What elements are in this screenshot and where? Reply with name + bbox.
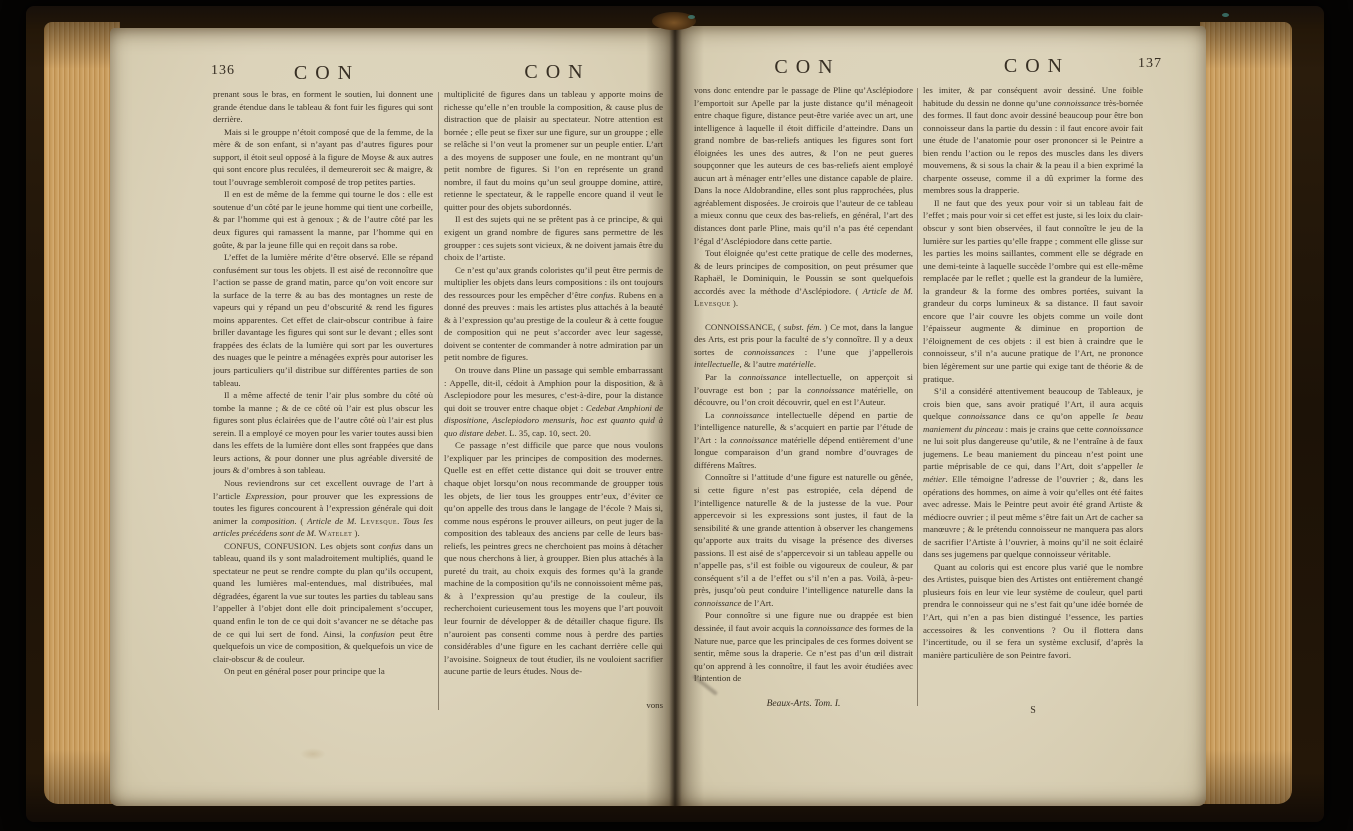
headband-speck — [1222, 13, 1229, 17]
column-rule — [438, 92, 439, 710]
paragraph: S’il a considéré attentivement beaucoup … — [923, 385, 1143, 561]
running-head: CON — [694, 56, 913, 79]
paragraph: Il est des sujets qui ne se prêtent pas … — [444, 213, 663, 263]
page-edges-left — [44, 22, 120, 804]
paragraph: Tout éloignée qu’est cette pratique de c… — [694, 247, 913, 310]
paragraph: Connoître si l’attitude d’une figure est… — [694, 471, 913, 609]
paragraph: Nous reviendrons sur cet excellent ouvra… — [213, 477, 433, 540]
volume-footer: Beaux-Arts. Tom. I. — [694, 699, 913, 709]
paragraph: Quant au coloris qui est encore plus var… — [923, 561, 1143, 661]
text-column-4: les imiter, & par conséquent avoir dessi… — [923, 84, 1143, 713]
paragraph: Par la connoissance intellectuelle, on a… — [694, 371, 913, 409]
text-column-3: vons donc entendre par le passage de Pli… — [694, 84, 913, 713]
paragraph: CONNOISSANCE, ( subst. fém. ) Ce mot, da… — [694, 321, 913, 371]
column-rule — [917, 88, 918, 706]
paragraph: Mais si le grouppe n’étoit composé que d… — [213, 126, 433, 189]
running-head: CON — [213, 62, 433, 85]
paragraph: Il a même affecté de tenir l’air plus so… — [213, 389, 433, 477]
paragraph: les imiter, & par conséquent avoir dessi… — [923, 84, 1143, 197]
paragraph: Ce n’est qu’aux grands coloristes qu’il … — [444, 264, 663, 364]
catchword: vons — [444, 700, 663, 710]
paragraph: Ce passage n’est difficile que parce que… — [444, 439, 663, 677]
paragraph: prenant sous le bras, en forment le sout… — [213, 88, 433, 126]
page-number-137: 137 — [1118, 56, 1162, 72]
running-head: CON — [444, 61, 663, 84]
running-head: CON — [923, 55, 1143, 78]
paragraph: On trouve dans Pline un passage qui semb… — [444, 364, 663, 439]
paragraph: Il ne faut que des yeux pour voir si un … — [923, 197, 1143, 385]
paragraph: multiplicité de figures dans un tableau … — [444, 88, 663, 213]
signature-mark: S — [923, 705, 1143, 716]
paragraph: La connoissance intellectuelle dépend en… — [694, 409, 913, 472]
paragraph: L’effet de la lumière mérite d’être obse… — [213, 251, 433, 389]
text-column-1: prenant sous le bras, en forment le sout… — [213, 88, 433, 715]
paragraph: Il en est de même de la femme qui tourne… — [213, 188, 433, 251]
text-column-2: multiplicité de figures dans un tableau … — [444, 88, 663, 715]
paragraph: Pour connoître si une figure nue ou drap… — [694, 609, 913, 684]
paragraph: vons donc entendre par le passage de Pli… — [694, 84, 913, 247]
headband-speck — [688, 15, 695, 19]
photo-background: { "book": { "left_page": { "page_number"… — [0, 0, 1353, 831]
page-edges-right — [1200, 22, 1292, 804]
paragraph: CONFUS, CONFUSION. Les objets sont confu… — [213, 540, 433, 665]
paragraph: On peut en général poser pour principe q… — [213, 665, 433, 678]
